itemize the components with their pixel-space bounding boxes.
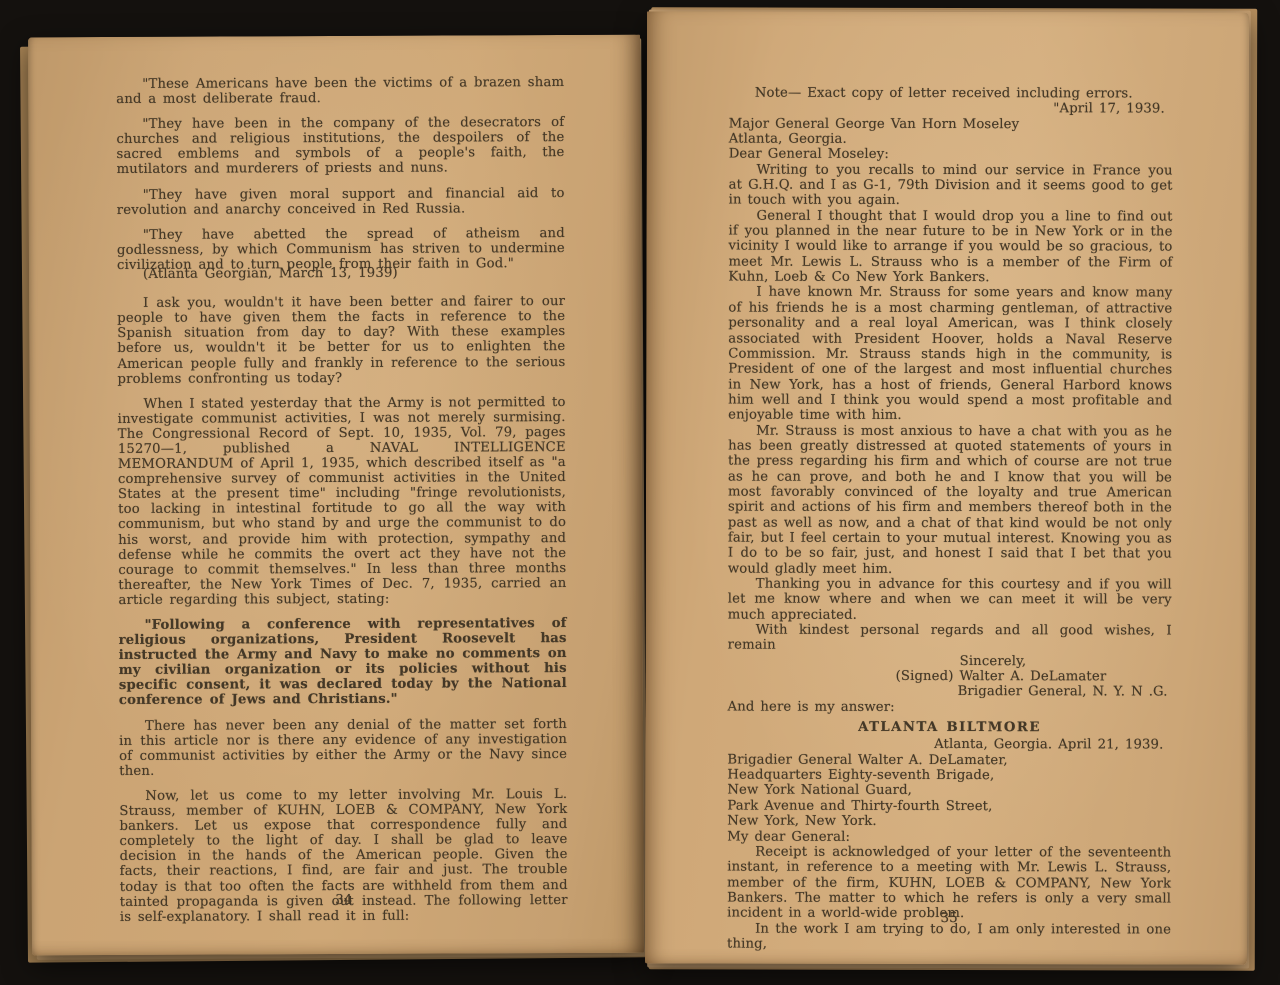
letter2-address-line-3: New York National Guard, bbox=[727, 783, 1171, 799]
letter1-date: "April 17, 1939. bbox=[729, 101, 1173, 117]
letter1-paragraph-1: Writing to you recalls to mind our servi… bbox=[729, 162, 1173, 209]
paragraph-quote-3: "They have given moral support and finan… bbox=[117, 186, 565, 218]
paragraph-no-denial: There has never been any denial of the m… bbox=[119, 717, 567, 779]
note-line: Note— Exact copy of letter received incl… bbox=[729, 86, 1173, 102]
letter1-salutation: Dear General Moseley: bbox=[729, 147, 1173, 163]
letter1-paragraph-3: I have known Mr. Strauss for some years … bbox=[728, 285, 1172, 424]
letter2-address-line-5: New York, New York. bbox=[727, 814, 1171, 830]
paragraph-quote-1: "These Americans have been the victims o… bbox=[116, 75, 564, 107]
letter2-date: Atlanta, Georgia. April 21, 1939. bbox=[727, 737, 1171, 753]
left-page-text-column: "These Americans have been the victims o… bbox=[116, 75, 568, 935]
paragraph-quote-2: "They have been in the company of the de… bbox=[116, 115, 564, 177]
letter1-address-line-1: Major General George Van Horn Moseley bbox=[729, 116, 1173, 132]
right-page: Note— Exact copy of letter received incl… bbox=[645, 11, 1249, 964]
letter1-address-line-2: Atlanta, Georgia. bbox=[729, 132, 1173, 148]
right-page-text-column: Note— Exact copy of letter received incl… bbox=[727, 86, 1173, 953]
paragraph-bold-ny-times-quote: "Following a conference with representat… bbox=[119, 616, 567, 709]
left-page: "These Americans have been the victims o… bbox=[28, 35, 644, 956]
letter2-address-line-1: Brigadier General Walter A. DeLamater, bbox=[727, 752, 1171, 768]
paragraph-congressional-record: When I stated yesterday that the Army is… bbox=[118, 395, 567, 608]
letter1-paragraph-5: Thanking you in advance for this courtes… bbox=[728, 577, 1172, 624]
letter2-letterhead: ATLANTA BILTMORE bbox=[727, 720, 1171, 736]
page-number-left: 34 bbox=[120, 891, 568, 909]
page-number-right: 35 bbox=[727, 910, 1171, 927]
letter1-signature: (Signed) Walter A. DeLamater bbox=[728, 669, 1172, 685]
letter1-signature-title: Brigadier General, N. Y. N .G. bbox=[728, 684, 1172, 700]
letter1-paragraph-4: Mr. Strauss is most anxious to have a ch… bbox=[728, 423, 1172, 577]
paragraph-i-ask-you: I ask you, wouldn't it have been better … bbox=[117, 294, 565, 387]
book-spread: "These Americans have been the victims o… bbox=[0, 0, 1280, 985]
letter1-paragraph-2: General I thought that I would drop you … bbox=[728, 208, 1172, 286]
letter1-sincerely: Sincerely, bbox=[728, 653, 1172, 669]
letter1-closing-line: With kindest personal regards and all go… bbox=[728, 623, 1172, 655]
letter2-address-line-4: Park Avenue and Thirty-fourth Street, bbox=[727, 798, 1171, 814]
letter2-address-line-2: Headquarters Eighty-seventh Brigade, bbox=[727, 768, 1171, 784]
letter2-salutation: My dear General: bbox=[727, 829, 1171, 845]
answer-intro: And here is my answer: bbox=[728, 699, 1172, 715]
